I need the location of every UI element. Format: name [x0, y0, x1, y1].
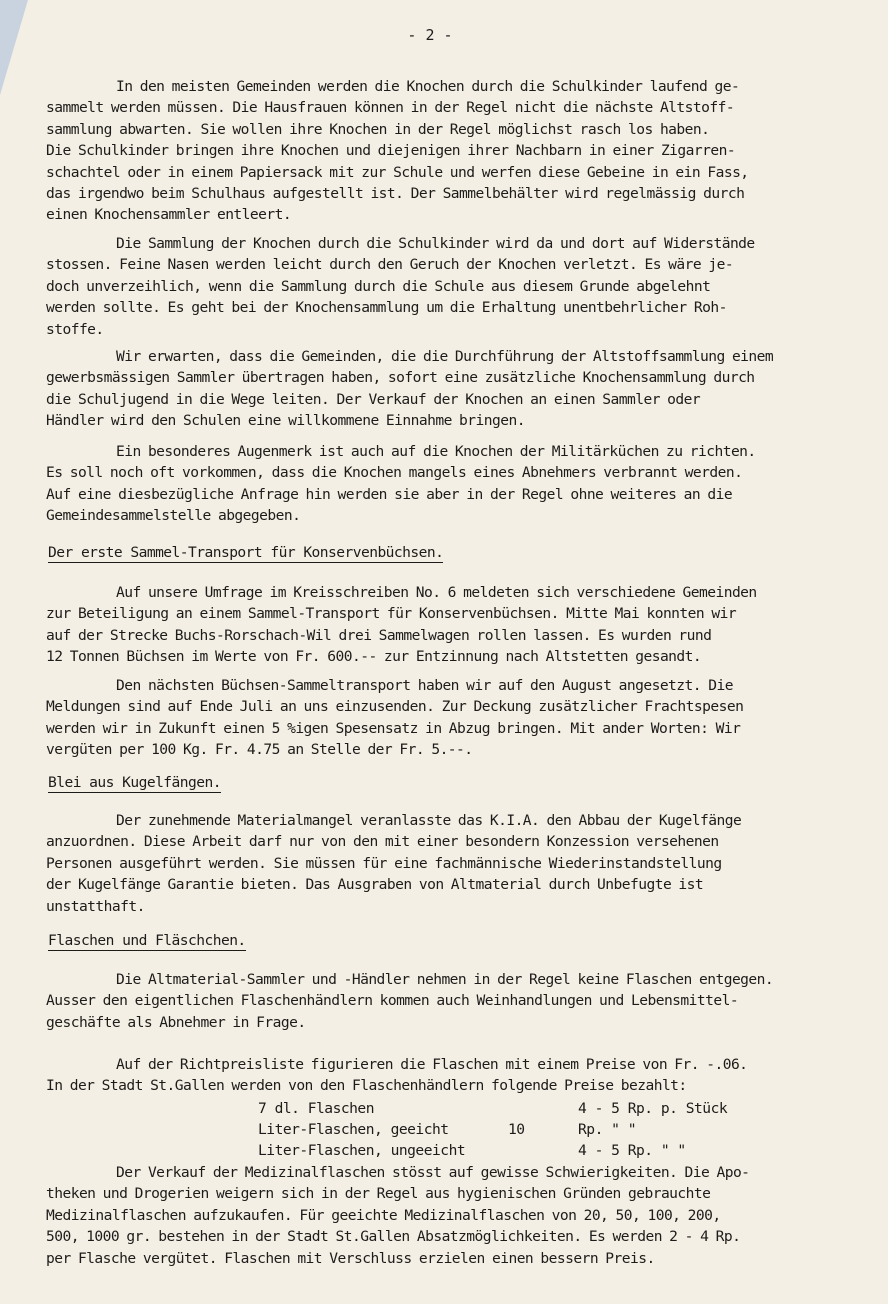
price-row: 7 dl. Flaschen4 - 5 Rp. p. Stück — [258, 1098, 738, 1119]
text-line: stossen. Feine Nasen werden leicht durch… — [46, 254, 846, 275]
paragraph-military-kitchens: Ein besonderes Augenmerk ist auch auf di… — [46, 441, 846, 527]
paragraph-next-transport: Den nächsten Büchsen-Sammeltransport hab… — [46, 675, 846, 761]
text-line: In der Stadt St.Gallen werden von den Fl… — [46, 1075, 846, 1096]
text-line: Personen ausgeführt werden. Sie müssen f… — [46, 853, 846, 874]
page-number: - 2 - — [0, 26, 860, 44]
text-line: der Kugelfänge Garantie bieten. Das Ausg… — [46, 874, 846, 895]
text-line: gewerbsmässigen Sammler übertragen haben… — [46, 367, 846, 388]
bottle-price-table: 7 dl. Flaschen4 - 5 Rp. p. Stück Liter-F… — [258, 1098, 738, 1161]
text-line: zur Beteiligung an einem Sammel-Transpor… — [46, 603, 846, 624]
text-line: Medizinalflaschen aufzukaufen. Für geeic… — [46, 1205, 846, 1226]
text-line: Ausser den eigentlichen Flaschenhändlern… — [46, 990, 846, 1011]
text-line: vergüten per 100 Kg. Fr. 4.75 an Stelle … — [46, 739, 846, 760]
text-line: Es soll noch oft vorkommen, dass die Kno… — [46, 462, 846, 483]
text-line: einen Knochensammler entleert. — [46, 204, 846, 225]
text-line: stoffe. — [46, 319, 846, 340]
paragraph-resistance: Die Sammlung der Knochen durch die Schul… — [46, 233, 846, 340]
text-line: werden sollte. Es geht bei der Knochensa… — [46, 297, 846, 318]
text-line: per Flasche vergütet. Flaschen mit Versc… — [46, 1248, 846, 1269]
text-line: Die Sammlung der Knochen durch die Schul… — [46, 233, 846, 254]
paragraph-lead: Der zunehmende Materialmangel veranlasst… — [46, 810, 846, 917]
text-line: Auf eine diesbezügliche Anfrage hin werd… — [46, 484, 846, 505]
text-line: Auf unsere Umfrage im Kreisschreiben No.… — [46, 582, 846, 603]
text-line: Meldungen sind auf Ende Juli an uns einz… — [46, 696, 846, 717]
text-line: Ein besonderes Augenmerk ist auch auf di… — [46, 441, 846, 462]
text-line: Wir erwarten, dass die Gemeinden, die di… — [46, 346, 846, 367]
text-line: 12 Tonnen Büchsen im Werte von Fr. 600.-… — [46, 646, 846, 667]
text-line: sammelt werden müssen. Die Hausfrauen kö… — [46, 97, 846, 118]
text-line: die Schuljugend in die Wege leiten. Der … — [46, 389, 846, 410]
text-line: Gemeindesammelstelle abgegeben. — [46, 505, 846, 526]
price-row: Liter-Flaschen, geeicht10Rp. " " — [258, 1119, 738, 1140]
text-line: das irgendwo beim Schulhaus aufgestellt … — [46, 183, 846, 204]
paragraph-price-list: Auf der Richtpreisliste figurieren die F… — [46, 1054, 846, 1097]
text-line: doch unverzeihlich, wenn die Sammlung du… — [46, 276, 846, 297]
heading-lead: Blei aus Kugelfängen. — [48, 774, 221, 793]
paragraph-medicine-bottles: Der Verkauf der Medizinalflaschen stösst… — [46, 1162, 846, 1269]
document-page: - 2 - In den meisten Gemeinden werden di… — [0, 0, 888, 1304]
text-line: 500, 1000 gr. bestehen in der Stadt St.G… — [46, 1226, 846, 1247]
paragraph-bone-collection: In den meisten Gemeinden werden die Knoc… — [46, 76, 846, 226]
text-line: sammlung abwarten. Sie wollen ihre Knoch… — [46, 119, 846, 140]
text-line: Der zunehmende Materialmangel veranlasst… — [46, 810, 846, 831]
text-line: schachtel oder in einem Papiersack mit z… — [46, 162, 846, 183]
text-line: Der Verkauf der Medizinalflaschen stösst… — [46, 1162, 846, 1183]
heading-bottles: Flaschen und Fläschchen. — [48, 932, 246, 951]
text-line: Auf der Richtpreisliste figurieren die F… — [46, 1054, 846, 1075]
text-line: theken und Drogerien weigern sich in der… — [46, 1183, 846, 1204]
paragraph-expectation: Wir erwarten, dass die Gemeinden, die di… — [46, 346, 846, 432]
text-line: geschäfte als Abnehmer in Frage. — [46, 1012, 846, 1033]
text-line: auf der Strecke Buchs-Rorschach-Wil drei… — [46, 625, 846, 646]
text-line: Den nächsten Büchsen-Sammeltransport hab… — [46, 675, 846, 696]
text-line: unstatthaft. — [46, 896, 846, 917]
price-row: Liter-Flaschen, ungeeicht4 - 5 Rp. " " — [258, 1140, 738, 1161]
paragraph-bottles: Die Altmaterial-Sammler und -Händler neh… — [46, 969, 846, 1033]
text-line: Die Altmaterial-Sammler und -Händler neh… — [46, 969, 846, 990]
text-line: Die Schulkinder bringen ihre Knochen und… — [46, 140, 846, 161]
text-line: Händler wird den Schulen eine willkommen… — [46, 410, 846, 431]
paragraph-first-transport: Auf unsere Umfrage im Kreisschreiben No.… — [46, 582, 846, 668]
heading-can-transport: Der erste Sammel-Transport für Konserven… — [48, 544, 443, 563]
text-line: werden wir in Zukunft einen 5 %igen Spes… — [46, 718, 846, 739]
text-line: In den meisten Gemeinden werden die Knoc… — [46, 76, 846, 97]
text-line: anzuordnen. Diese Arbeit darf nur von de… — [46, 831, 846, 852]
